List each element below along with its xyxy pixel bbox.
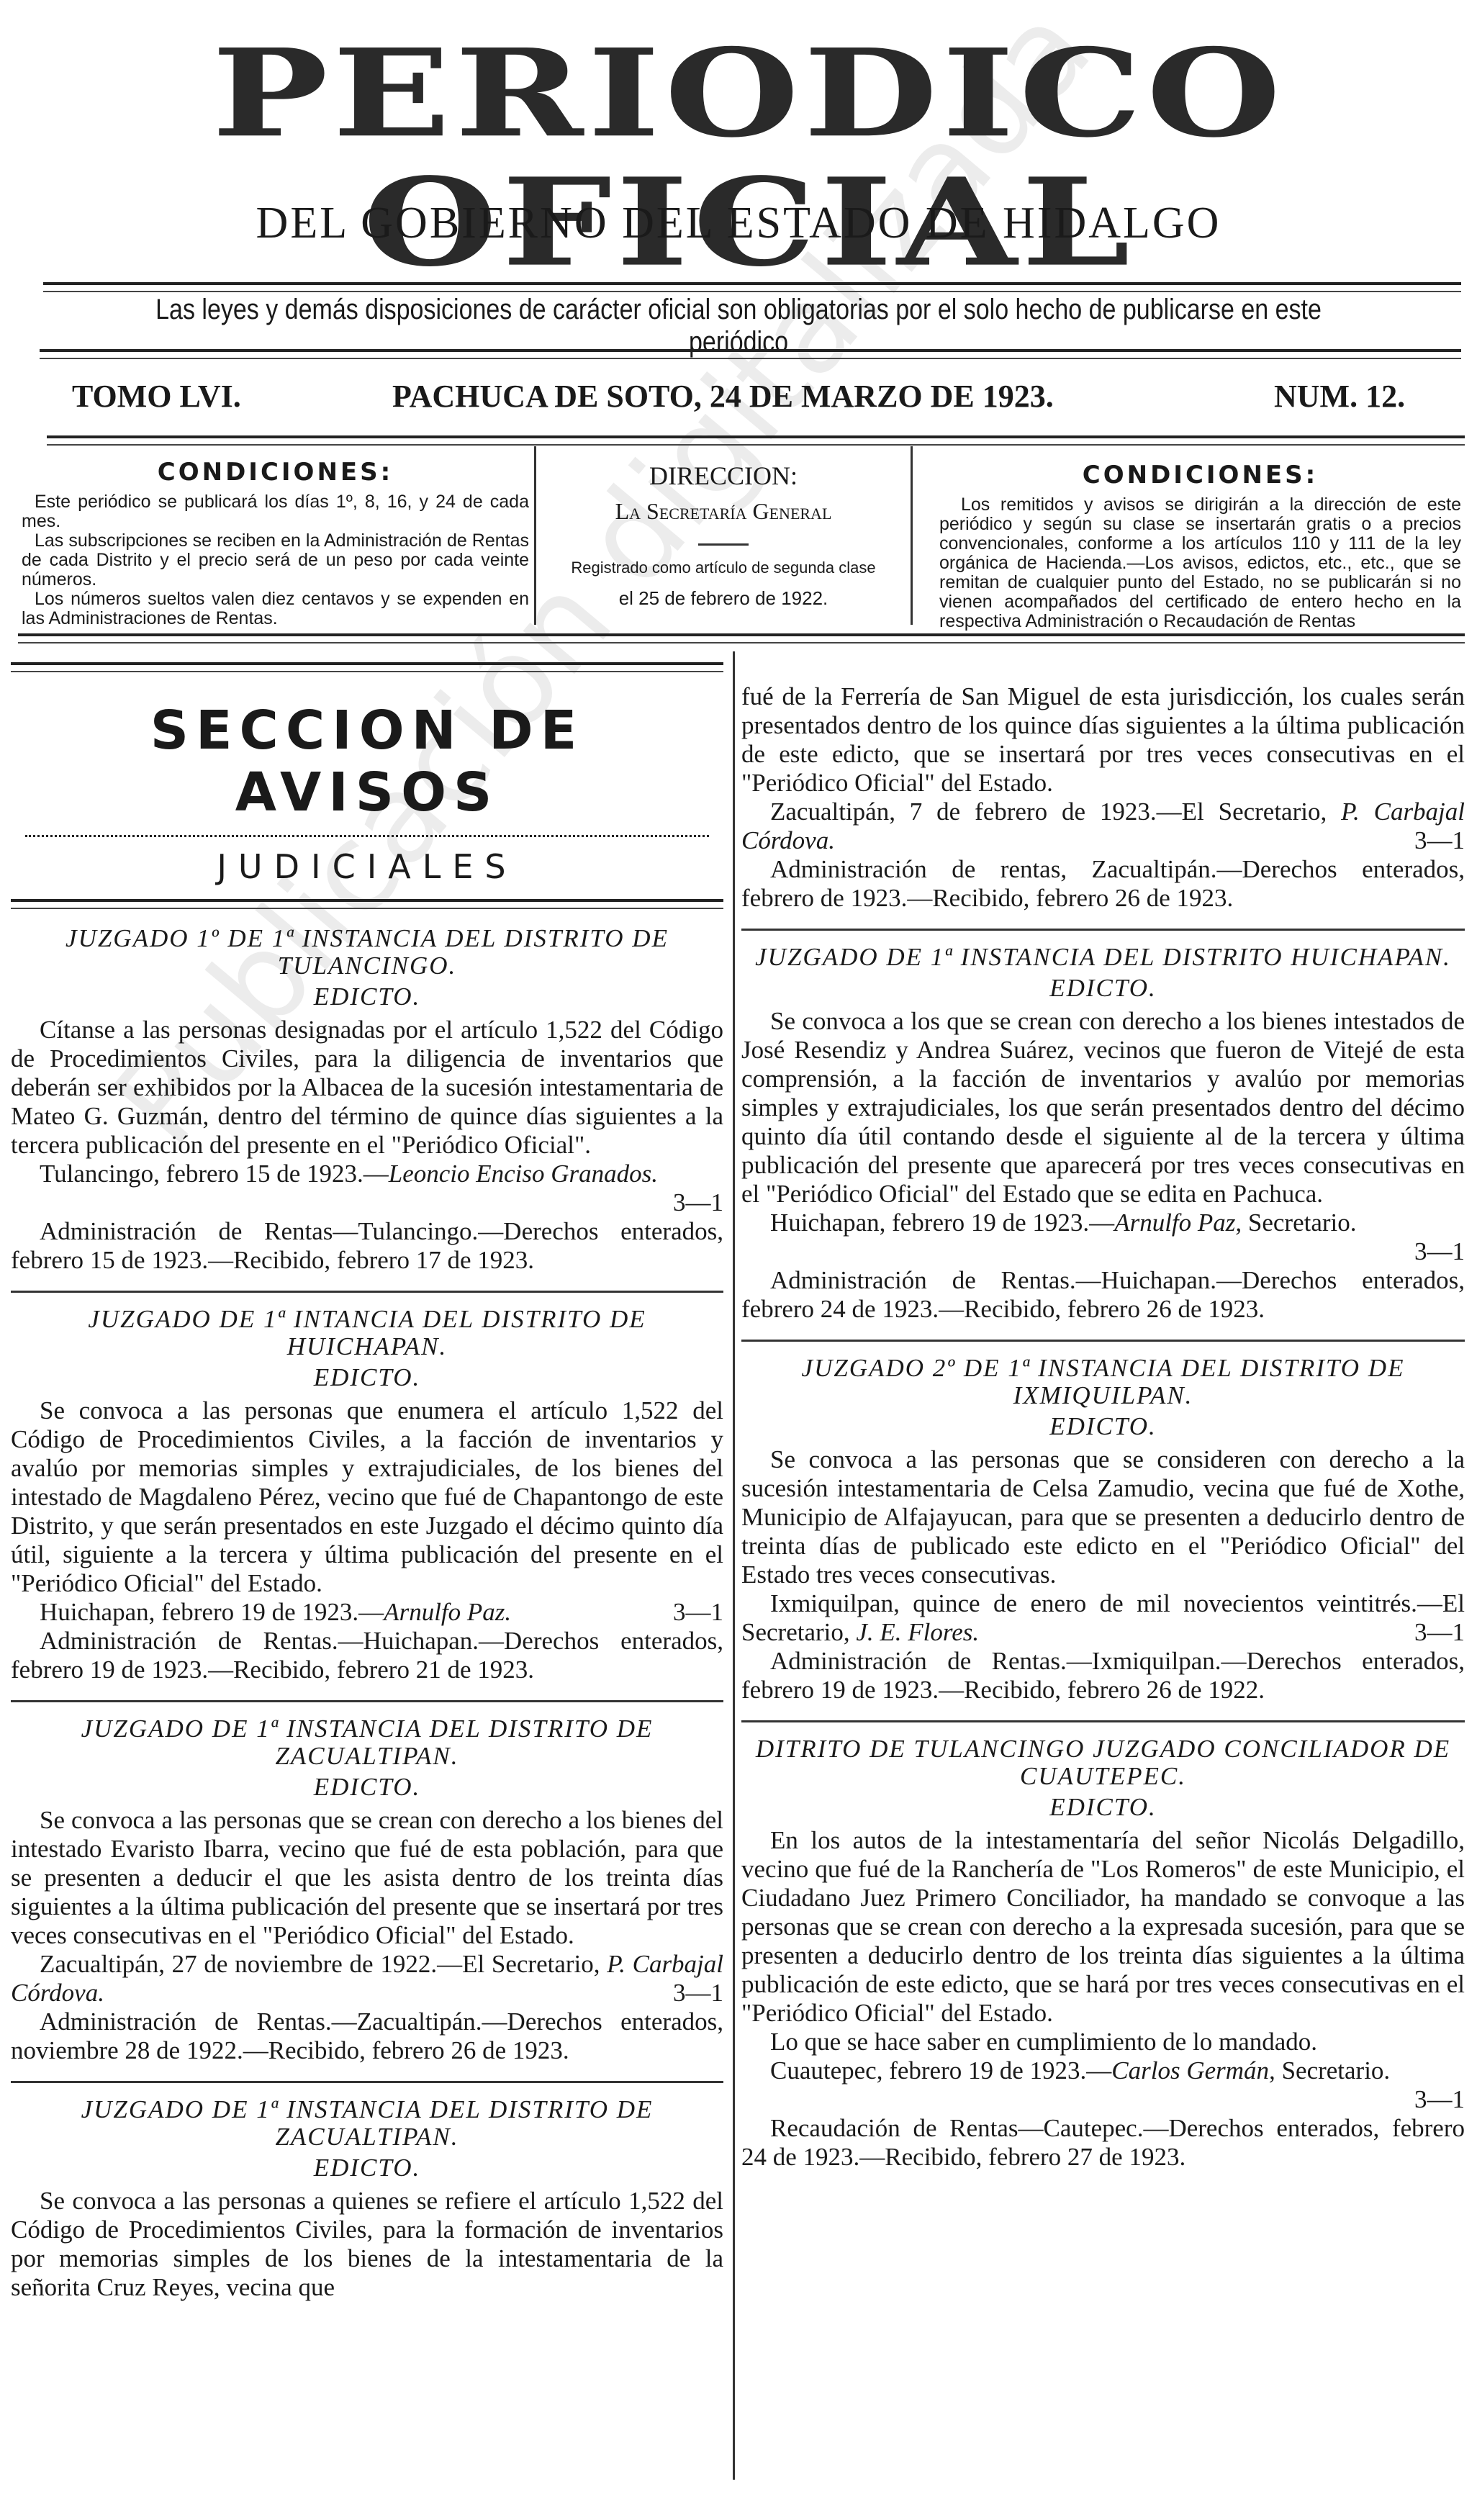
divider: [11, 2081, 723, 2083]
divider: [43, 282, 1461, 292]
signature: Arnulfo Paz.: [384, 1598, 511, 1626]
insertion-count: 3—1: [644, 1188, 723, 1217]
place-date: Tulancingo, febrero 15 de 1923.—: [40, 1160, 389, 1188]
section-title: SECCION DE AVISOS: [11, 700, 723, 823]
column-divider: [733, 651, 735, 2480]
notice-receipt: Administración de Rentas.—Huichapan.—Der…: [11, 1627, 723, 1684]
insertion-count: 3—1: [644, 1598, 723, 1627]
divider: [11, 1291, 723, 1293]
conditions-text: Este periódico se publicará los días 1º,…: [22, 492, 529, 628]
notice-heading: JUZGADO DE 1ª INTANCIA DEL DISTRITO DE H…: [11, 1306, 723, 1360]
signature: Leoncio Enciso Granados.: [389, 1160, 658, 1188]
notice-cuautepec: DITRITO DE TULANCINGO JUZGADO CONCILIADO…: [741, 1735, 1465, 2172]
signature-title: Secretario.: [1242, 1209, 1356, 1237]
masthead-subtitle: DEL GOBIERNO DEL ESTADO DE HIDALGO: [0, 198, 1477, 249]
notice-heading: JUZGADO DE 1ª INSTANCIA DEL DISTRITO HUI…: [741, 944, 1465, 971]
left-column: SECCION DE AVISOS JUDICIALES JUZGADO 1º …: [11, 648, 723, 2302]
notice-ixmiquilpan: JUZGADO 2º DE 1ª INSTANCIA DEL DISTRITO …: [741, 1355, 1465, 1704]
divider: [741, 929, 1465, 931]
divider: [11, 662, 723, 672]
divider: [741, 1340, 1465, 1342]
notice-body: Cítanse a las personas designadas por el…: [11, 1016, 723, 1160]
notice-receipt: Administración de Rentas—Tulancingo.—Der…: [11, 1217, 723, 1275]
issue-number: NUM. 12.: [1274, 378, 1405, 415]
divider: [40, 349, 1461, 359]
notice-body: En los autos de la intestamentaría del s…: [741, 1826, 1465, 2028]
notice-zacualtipan-2-continued: fué de la Ferrería de San Miguel de esta…: [741, 682, 1465, 913]
notice-edicto: EDICTO.: [11, 983, 723, 1011]
condition-item: Los números sueltos valen diez centavos …: [22, 590, 529, 628]
conditions-left: CONDICIONES: Este periódico se publicará…: [22, 445, 529, 623]
notice-signature-line: Ixmiquilpan, quince de enero de mil nove…: [741, 1589, 1465, 1647]
insertion-count: 3—1: [1386, 1237, 1465, 1266]
place-date: Zacualtipán, 27 de noviembre de 1922.—El…: [40, 1950, 600, 1978]
place-date: Huichapan, febrero 19 de 1923.—: [770, 1209, 1114, 1237]
section-subtitle: JUDICIALES: [11, 847, 723, 886]
notice-heading: JUZGADO 2º DE 1ª INSTANCIA DEL DISTRITO …: [741, 1355, 1465, 1409]
notice-signature-line: Cuautepec, febrero 19 de 1923.—Carlos Ge…: [741, 2056, 1465, 2114]
notice-body: Se convoca a las personas a quienes se r…: [11, 2187, 723, 2302]
notice-heading: JUZGADO DE 1ª INSTANCIA DEL DISTRITO DE …: [11, 1715, 723, 1770]
direccion-name: La Secretaría General: [536, 498, 911, 525]
signature: Arnulfo Paz,: [1114, 1209, 1242, 1237]
insertion-count: 3—1: [1386, 2085, 1465, 2114]
notice-zacualtipan-2: JUZGADO DE 1ª INSTANCIA DEL DISTRITO DE …: [11, 2096, 723, 2302]
notice-heading: JUZGADO DE 1ª INSTANCIA DEL DISTRITO DE …: [11, 2096, 723, 2151]
direccion-title: DIRECCION:: [536, 461, 911, 491]
notice-heading: JUZGADO 1º DE 1ª INSTANCIA DEL DISTRITO …: [11, 925, 723, 980]
notice-body: Se convoca a las personas que se crean c…: [11, 1806, 723, 1950]
place-date: Ixmiquilpan, quince de enero de mil nove…: [741, 1589, 1465, 1646]
conditions-right: CONDICIONES: Los remitidos y avisos se d…: [939, 445, 1461, 623]
count-line: 3—1: [741, 1237, 1465, 1266]
place-date: PACHUCA DE SOTO, 24 DE MARZO DE 1923.: [392, 378, 1054, 415]
notice-edicto: EDICTO.: [741, 974, 1465, 1003]
notice-huichapan: JUZGADO DE 1ª INTANCIA DEL DISTRITO DE H…: [11, 1306, 723, 1684]
notice-signature-line: Huichapan, febrero 19 de 1923.—Arnulfo P…: [741, 1209, 1465, 1237]
notice-receipt: Administración de Rentas.—Ixmiquilpan.—D…: [741, 1647, 1465, 1704]
notice-signature-line: Huichapan, febrero 19 de 1923.—Arnulfo P…: [11, 1598, 723, 1627]
divider: [11, 1700, 723, 1702]
notice-huichapan-2: JUZGADO DE 1ª INSTANCIA DEL DISTRITO HUI…: [741, 944, 1465, 1324]
notice-body: Se convoca a las personas que enumera el…: [11, 1396, 723, 1598]
divider: [741, 1720, 1465, 1722]
notice-edicto: EDICTO.: [741, 1412, 1465, 1441]
right-column: fué de la Ferrería de San Miguel de esta…: [741, 648, 1465, 2172]
divider: [18, 633, 1465, 643]
notice-edicto: EDICTO.: [11, 2154, 723, 2182]
notice-body: fué de la Ferrería de San Miguel de esta…: [741, 682, 1465, 798]
notice-edicto: EDICTO.: [11, 1773, 723, 1802]
signature: Carlos Germán,: [1111, 2056, 1275, 2085]
notice-body: Se convoca a las personas que se conside…: [741, 1445, 1465, 1589]
direccion-box: DIRECCION: La Secretaría General Registr…: [534, 446, 913, 625]
signature: J. E. Flores.: [856, 1618, 979, 1646]
conditions-text: Los remitidos y avisos se dirigirán a la…: [939, 495, 1461, 631]
notice-edicto: EDICTO.: [741, 1793, 1465, 1822]
divider: [11, 899, 723, 909]
conditions-title: CONDICIONES:: [939, 461, 1461, 489]
registration-date: el 25 de febrero de 1922.: [536, 587, 911, 610]
notice-note: Lo que se hace saber en cumplimiento de …: [741, 2028, 1465, 2056]
notice-heading: DITRITO DE TULANCINGO JUZGADO CONCILIADO…: [741, 1735, 1465, 1790]
notice-receipt: Administración de Rentas.—Zacualtipán.—D…: [11, 2008, 723, 2065]
notice-signature-line: Tulancingo, febrero 15 de 1923.—Leoncio …: [11, 1160, 723, 1217]
newspaper-page: Publicación digitalizada PERIODICO OFICI…: [0, 0, 1477, 2520]
place-date: Huichapan, febrero 19 de 1923.—: [40, 1598, 384, 1626]
wavy-divider: [25, 828, 709, 837]
insertion-count: 3—1: [644, 1979, 723, 2008]
notice-signature-line: Zacualtipán, 7 de febrero de 1923.—El Se…: [741, 798, 1465, 855]
insertion-count: 3—1: [1386, 1618, 1465, 1647]
notice-zacualtipan-1: JUZGADO DE 1ª INSTANCIA DEL DISTRITO DE …: [11, 1715, 723, 2065]
condition-item: Este periódico se publicará los días 1º,…: [22, 492, 529, 531]
notice-receipt: Administración de Rentas.—Huichapan.—Der…: [741, 1266, 1465, 1324]
place-date: Zacualtipán, 7 de febrero de 1923.—El Se…: [770, 798, 1327, 826]
insertion-count: 3—1: [1386, 826, 1465, 855]
registration-text: Registrado como artículo de segunda clas…: [536, 559, 911, 577]
conditions-title: CONDICIONES:: [22, 458, 529, 487]
place-date: Cuautepec, febrero 19 de 1923.—: [770, 2056, 1111, 2085]
notice-signature-line: Zacualtipán, 27 de noviembre de 1922.—El…: [11, 1950, 723, 2008]
tomo-label: TOMO LVI.: [72, 378, 241, 415]
notice-tulancingo: JUZGADO 1º DE 1ª INSTANCIA DEL DISTRITO …: [11, 925, 723, 1275]
notice-body: Se convoca a los que se crean con derech…: [741, 1007, 1465, 1209]
notice-edicto: EDICTO.: [11, 1363, 723, 1392]
signature-title: Secretario.: [1275, 2056, 1390, 2085]
divider: [47, 435, 1465, 446]
notice-receipt: Administración de rentas, Zacualtipán.—D…: [741, 855, 1465, 913]
condition-item: Las subscripciones se reciben en la Admi…: [22, 531, 529, 590]
divider: [698, 543, 749, 546]
notice-receipt: Recaudación de Rentas—Cautepec.—Derechos…: [741, 2114, 1465, 2172]
